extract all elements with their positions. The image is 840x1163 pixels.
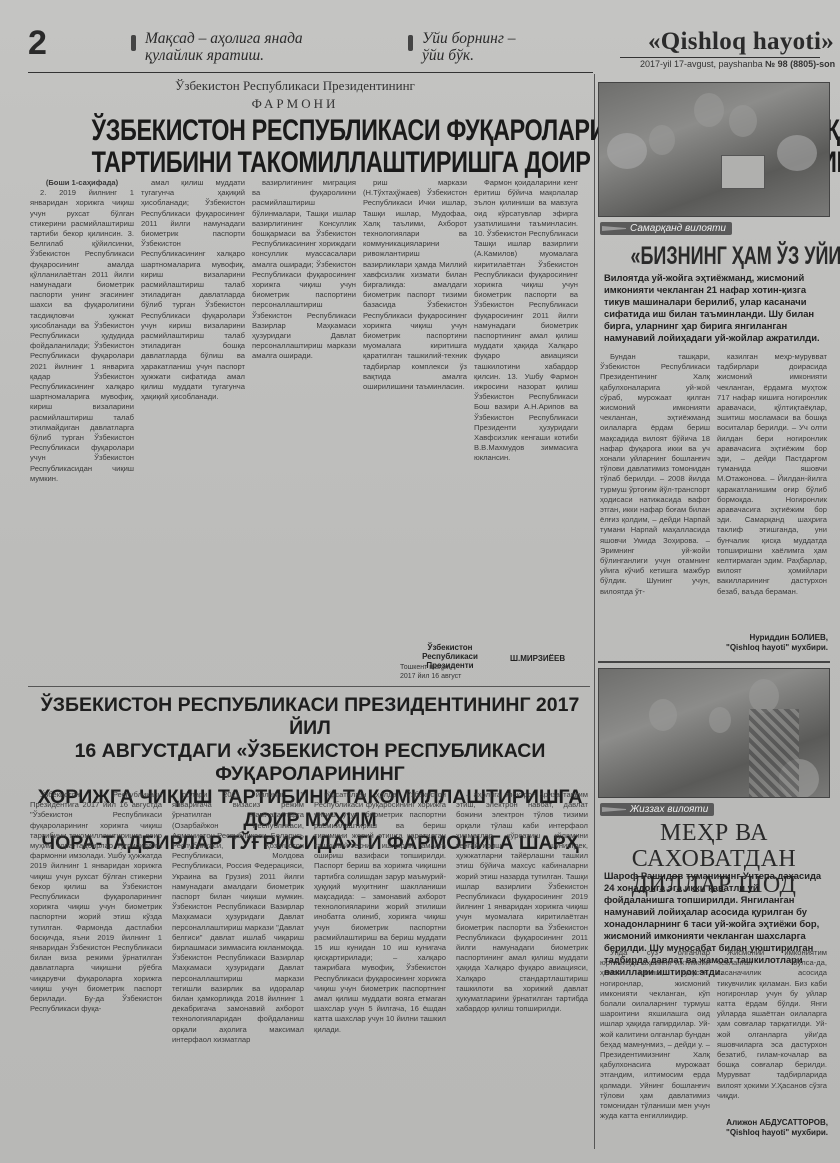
- story2-byline: Алижон АБДУСАТТОРОВ, "Qishloq hayoti" му…: [700, 1118, 828, 1138]
- story1-body: Бундан ташқари, Ўзбекистон Республикаси …: [600, 352, 827, 632]
- divider: [598, 661, 830, 663]
- story1-title: «БИЗНИНГ ҲАМ ЎЗ УЙИМИЗ БОР»: [630, 242, 797, 271]
- story-photo-family: [598, 82, 830, 217]
- decree-type: ФАРМОНИ: [0, 96, 590, 112]
- quote-mark-icon: [131, 35, 136, 51]
- commentary-column: кўрсатилган ҳолда Ўзбекистон Республикас…: [314, 790, 446, 1145]
- decree-column: риш маркази (Н.Тўхтаҳўжаев) Ўзбекистон Р…: [363, 178, 467, 626]
- story-photo-ceremony: [598, 668, 830, 798]
- region-tag: Самарқанд вилояти: [600, 222, 732, 235]
- decree-column: амал қилиш муддати тугагунча ҳақиқий ҳис…: [141, 178, 245, 626]
- quote-mark-icon: [408, 35, 413, 51]
- commentary-column: – аҳолига электрон ариза тақдим этиш, эл…: [456, 790, 588, 1145]
- newspaper-page: 2 Мақсад – аҳолига янада қулайлик яратиш…: [0, 0, 840, 1163]
- page-number: 2: [28, 24, 47, 63]
- signature-name: Ш.МИРЗИЁЕВ: [510, 654, 565, 663]
- story1-lead: Вилоятда уй-жойга эҳтиёжманд, жисмоний и…: [604, 272, 826, 344]
- decree-column: Фармон қоидаларини кенг ёритиш бўйича ма…: [474, 178, 578, 633]
- decree-issuer: Ўзбекистон Республикаси Президентининг: [0, 78, 590, 94]
- issue-info: 2017-yil 17-avgust, payshanba № 98 (8805…: [640, 59, 835, 69]
- story2-column: Жисмоний имкониятим чекланган бўлса-да, …: [717, 948, 827, 1108]
- decree-column: вазирлигининг миграция ва фуқароликни ра…: [252, 178, 356, 626]
- commentary-column: ролари 2021 йилнинг 1 январигача визасиз…: [172, 790, 304, 1145]
- divider: [28, 686, 590, 687]
- divider: [28, 72, 593, 73]
- story1-column: казилган меҳр-мурувват тадбирлари доирас…: [717, 352, 827, 632]
- decree-body: (Боши 1-саҳифада) 2. 2019 йилнинг 1 янва…: [30, 178, 578, 626]
- story2-body: Унда сўз олганлар юртимизда аҳолини ижти…: [600, 948, 827, 1138]
- motto-left: Мақсад – аҳолига янада қулайлик яратиш.: [145, 30, 303, 64]
- divider: [620, 57, 820, 58]
- commentary-column: Ўзбекистон Республикаси Президентига 201…: [30, 790, 162, 1145]
- region-tag: Жиззах вилояти: [600, 803, 714, 816]
- decree-title-line-1: ЎЗБЕКИСТОН РЕСПУБЛИКАСИ ФУҚАРОЛАРИНИНГ Х…: [92, 114, 529, 148]
- column-divider: [594, 74, 595, 1149]
- decree-column: (Боши 1-саҳифада) 2. 2019 йилнинг 1 янва…: [30, 178, 134, 626]
- story2-column: Унда сўз олганлар юртимизда аҳолини ижти…: [600, 948, 710, 1138]
- decree-title-line-2: ТАРТИБИНИ ТАКОМИЛЛАШТИРИШГА ДОИР МУҲИМ Ч…: [92, 146, 529, 180]
- motto-right: Уйи борнинг – ўйи бўк.: [422, 30, 516, 64]
- story1-byline: Нуриддин БОЛИЕВ, "Qishloq hayoti" мухбир…: [710, 633, 828, 653]
- commentary-body: Ўзбекистон Республикаси Президентига 201…: [30, 790, 588, 1145]
- signature-place-date: Тошкент шаҳри, 2017 йил 16 август: [400, 663, 461, 681]
- story1-column: Бундан ташқари, Ўзбекистон Республикаси …: [600, 352, 710, 632]
- newspaper-brand: «Qishloq hayoti»: [648, 28, 834, 56]
